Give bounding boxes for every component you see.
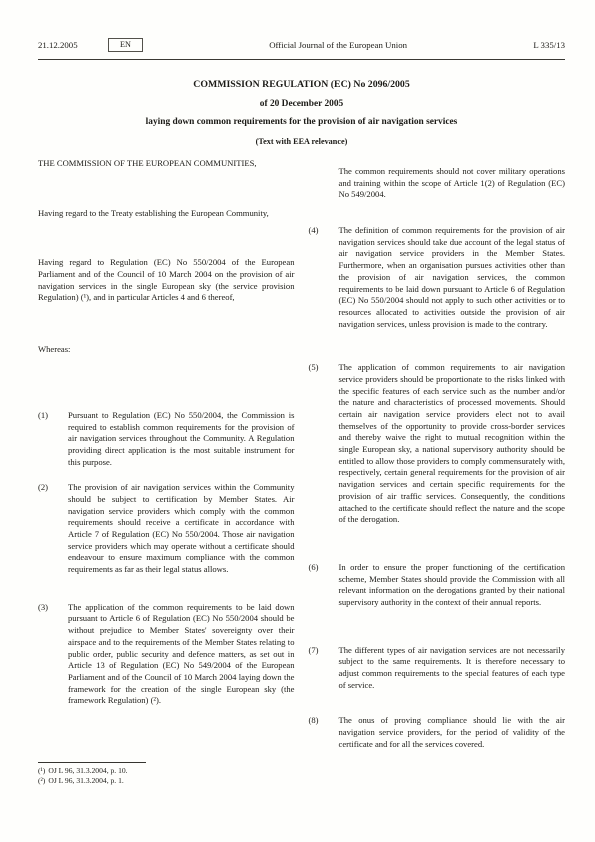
recital-text: Pursuant to Regulation (EC) No 550/2004,… bbox=[68, 410, 295, 468]
act-title-block: COMMISSION REGULATION (EC) No 2096/2005 … bbox=[38, 79, 565, 146]
footnote-separator-rule bbox=[38, 762, 146, 763]
citation-regulation-550-2004: Having regard to Regulation (EC) No 550/… bbox=[38, 257, 295, 304]
recital-number: (4) bbox=[309, 225, 339, 330]
document-page: 21.12.2005 EN Official Journal of the Eu… bbox=[0, 0, 595, 842]
recital-text: The application of the common requiremen… bbox=[68, 602, 295, 707]
recital-1: (1) Pursuant to Regulation (EC) No 550/2… bbox=[38, 410, 295, 468]
whereas-label: Whereas: bbox=[38, 344, 295, 356]
recital-text: The provision of air navigation services… bbox=[68, 482, 295, 576]
recital-number: (5) bbox=[309, 362, 339, 526]
footnote-text: OJ L 96, 31.3.2004, p. 10. bbox=[48, 766, 127, 775]
recital-3-continuation: The common requirements should not cover… bbox=[309, 166, 566, 201]
recital-number: (3) bbox=[38, 602, 68, 707]
regulation-date: of 20 December 2005 bbox=[38, 99, 565, 109]
recital-text: The application of common requirements t… bbox=[339, 362, 566, 526]
journal-name: Official Journal of the European Union bbox=[143, 40, 533, 50]
recital-text: In order to ensure the proper functionin… bbox=[339, 562, 566, 609]
eea-relevance-note: (Text with EEA relevance) bbox=[38, 137, 565, 146]
recital-8: (8) The onus of proving compliance shoul… bbox=[309, 715, 566, 750]
recital-2: (2) The provision of air navigation serv… bbox=[38, 482, 295, 576]
recital-4: (4) The definition of common requirement… bbox=[309, 225, 566, 330]
right-column: The common requirements should not cover… bbox=[309, 158, 566, 790]
recital-number: (7) bbox=[309, 645, 339, 692]
regulation-title: COMMISSION REGULATION (EC) No 2096/2005 bbox=[38, 79, 565, 90]
recital-number: (2) bbox=[38, 482, 68, 576]
recital-7: (7) The different types of air navigatio… bbox=[309, 645, 566, 692]
text-columns: THE COMMISSION OF THE EUROPEAN COMMUNITI… bbox=[38, 158, 565, 790]
recital-text: The onus of proving compliance should li… bbox=[339, 715, 566, 750]
recital-5: (5) The application of common requiremen… bbox=[309, 362, 566, 526]
preamble-opening: THE COMMISSION OF THE EUROPEAN COMMUNITI… bbox=[38, 158, 295, 170]
recital-6: (6) In order to ensure the proper functi… bbox=[309, 562, 566, 609]
page-reference: L 335/13 bbox=[533, 40, 565, 50]
citation-treaty: Having regard to the Treaty establishing… bbox=[38, 208, 295, 220]
recital-text: The definition of common requirements fo… bbox=[339, 225, 566, 330]
footnote-1: (¹)OJ L 96, 31.3.2004, p. 10. bbox=[38, 766, 295, 776]
publication-date: 21.12.2005 bbox=[38, 40, 90, 50]
footnote-marker: (²) bbox=[38, 776, 45, 785]
recital-number: (1) bbox=[38, 410, 68, 468]
page-header: 21.12.2005 EN Official Journal of the Eu… bbox=[38, 38, 565, 60]
footnote-text: OJ L 96, 31.3.2004, p. 1. bbox=[48, 776, 123, 785]
footnotes-block: (¹)OJ L 96, 31.3.2004, p. 10. (²)OJ L 96… bbox=[38, 762, 295, 787]
footnote-2: (²)OJ L 96, 31.3.2004, p. 1. bbox=[38, 776, 295, 786]
recital-number: (6) bbox=[309, 562, 339, 609]
regulation-subject: laying down common requirements for the … bbox=[38, 117, 565, 127]
left-column: THE COMMISSION OF THE EUROPEAN COMMUNITI… bbox=[38, 158, 295, 790]
recital-3: (3) The application of the common requir… bbox=[38, 602, 295, 707]
recital-text: The different types of air navigation se… bbox=[339, 645, 566, 692]
recital-number: (8) bbox=[309, 715, 339, 750]
footnote-marker: (¹) bbox=[38, 766, 45, 775]
language-code-box: EN bbox=[108, 38, 143, 52]
